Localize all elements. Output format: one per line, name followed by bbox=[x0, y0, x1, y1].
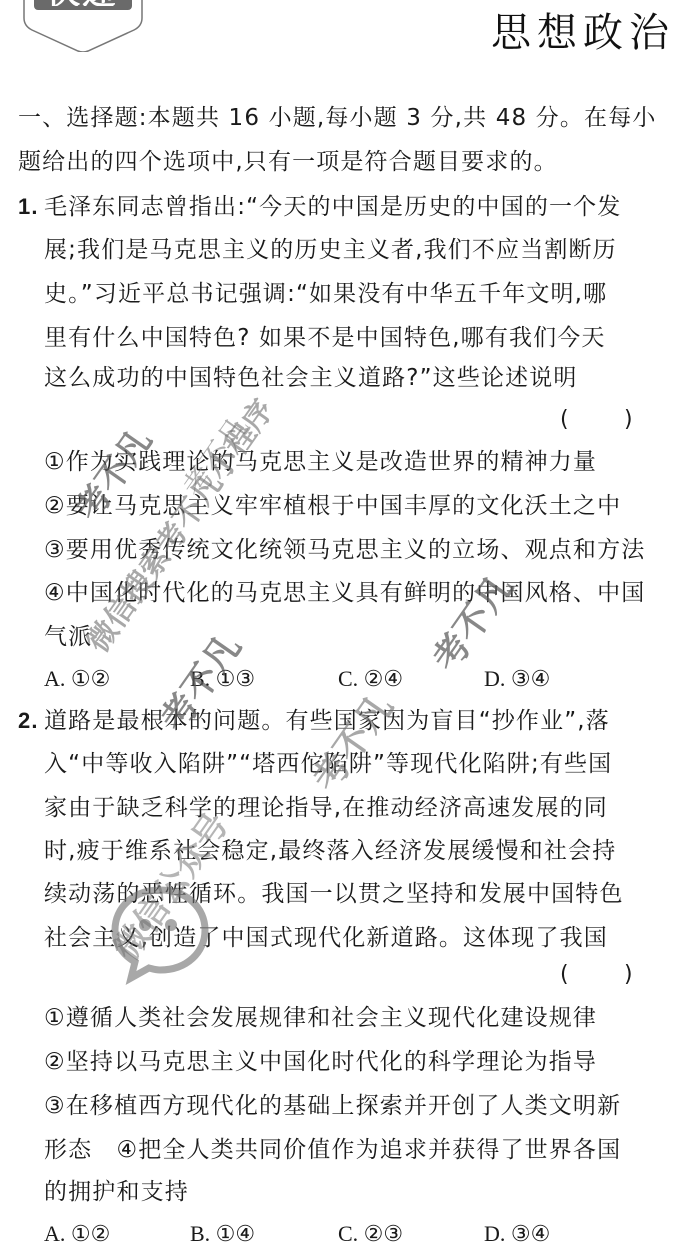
choice-c[interactable]: C. ②④ bbox=[338, 657, 403, 701]
answer-paren-open: ( bbox=[560, 953, 569, 997]
question-text: 续动荡的恶性循环。我国一以贯之坚持和发展中国特色 bbox=[44, 872, 675, 916]
question-text: 这么成功的中国特色社会主义道路?”这些论述说明 bbox=[44, 356, 675, 400]
statement: 的拥护和支持 bbox=[44, 1170, 675, 1214]
statement: 形态 ④把全人类共同价值作为追求并获得了世界各国 bbox=[44, 1128, 675, 1172]
question-text: 社会主义,创造了中国式现代化新道路。这体现了我国 bbox=[44, 916, 675, 960]
section-instruction-line: 一、选择题:本题共 16 小题,每小题 3 分,共 48 分。在每小 bbox=[18, 96, 675, 140]
question-text: 入“中等收入陷阱”“塔西佗陷阱”等现代化陷阱;有些国 bbox=[44, 742, 675, 786]
statement: ②要让马克思主义牢牢植根于中国丰厚的文化沃土之中 bbox=[44, 484, 675, 528]
question-number: 1. bbox=[18, 185, 39, 229]
statement: 气派 bbox=[44, 615, 675, 659]
subject-title: 思想政治 bbox=[491, 8, 675, 58]
badge-shield-icon bbox=[22, 0, 144, 52]
question-first-line: 1. 毛泽东同志曾指出:“今天的中国是历史的中国的一个发 bbox=[0, 185, 675, 229]
choice-d[interactable]: D. ③④ bbox=[484, 1212, 550, 1256]
choice-a[interactable]: A. ①② bbox=[44, 1212, 110, 1256]
choice-b[interactable]: B. ①③ bbox=[190, 657, 255, 701]
question-first-line: 2. 道路是最根本的问题。有些国家因为盲目“抄作业”,落 bbox=[0, 699, 675, 743]
question-text: 里有什么中国特色? 如果不是中国特色,哪有我们今天 bbox=[44, 316, 675, 360]
badge-text: 快递 bbox=[36, 0, 128, 6]
statement: ①作为实践理论的马克思主义是改造世界的精神力量 bbox=[44, 440, 675, 484]
statement: ③要用优秀传统文化统领马克思主义的立场、观点和方法 bbox=[44, 528, 675, 572]
question-text: 道路是最根本的问题。有些国家因为盲目“抄作业”,落 bbox=[44, 699, 610, 743]
question-text: 时,疲于维系社会稳定,最终落入经济发展缓慢和社会持 bbox=[44, 829, 675, 873]
choice-a[interactable]: A. ①② bbox=[44, 657, 110, 701]
choice-b[interactable]: B. ①④ bbox=[190, 1212, 255, 1256]
answer-paren-close: ) bbox=[624, 953, 633, 997]
question-text: 展;我们是马克思主义的历史主义者,我们不应当割断历 bbox=[44, 228, 675, 272]
question-text: 毛泽东同志曾指出:“今天的中国是历史的中国的一个发 bbox=[44, 185, 621, 229]
question-text: 史。”习近平总书记强调:“如果没有中华五千年文明,哪 bbox=[44, 272, 675, 316]
choice-d[interactable]: D. ③④ bbox=[484, 657, 550, 701]
answer-paren-close: ) bbox=[624, 398, 633, 442]
statement: ②坚持以马克思主义中国化时代化的科学理论为指导 bbox=[44, 1040, 675, 1084]
publisher-badge: 快递 bbox=[22, 0, 144, 52]
question-number: 2. bbox=[18, 699, 39, 743]
question-text: 家由于缺乏科学的理论指导,在推动经济高速发展的同 bbox=[44, 786, 675, 830]
choice-c[interactable]: C. ②③ bbox=[338, 1212, 403, 1256]
section-instruction-line: 题给出的四个选项中,只有一项是符合题目要求的。 bbox=[18, 140, 675, 184]
answer-paren-open: ( bbox=[560, 398, 569, 442]
statement: ①遵循人类社会发展规律和社会主义现代化建设规律 bbox=[44, 996, 675, 1040]
statement: ④中国化时代化的马克思主义具有鲜明的中国风格、中国 bbox=[44, 571, 675, 615]
statement: ③在移植西方现代化的基础上探索并开创了人类文明新 bbox=[44, 1084, 675, 1128]
